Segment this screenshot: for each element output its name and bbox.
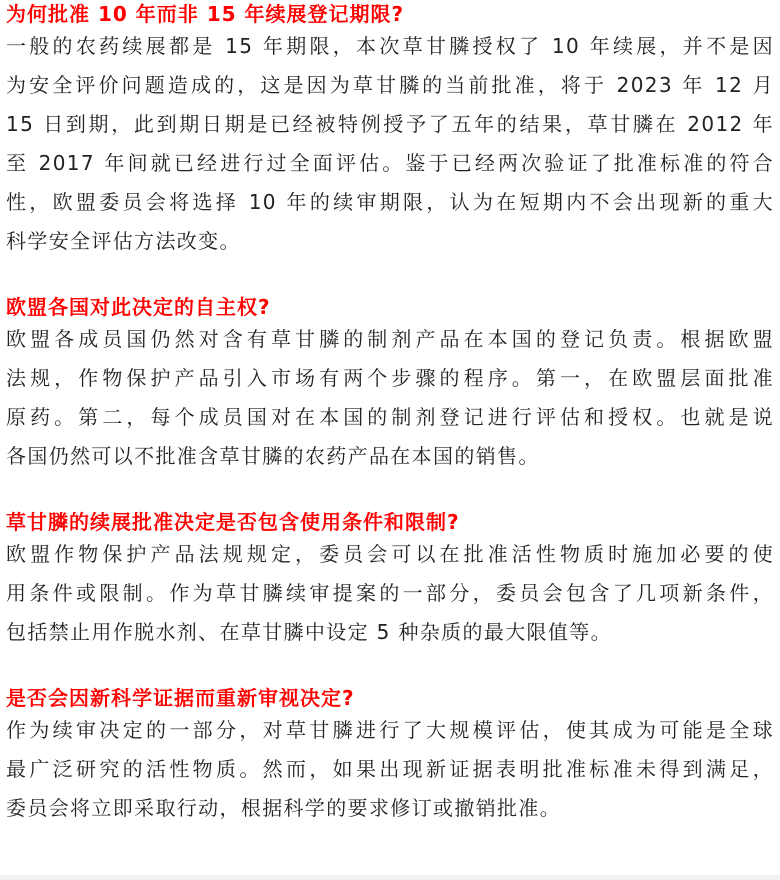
section-paragraph: 欧盟各成员国仍然对含有草甘膦的制剂产品在本国的登记负责。根据欧盟 法规，作物保护… <box>6 320 774 476</box>
section-gap <box>6 652 774 684</box>
bottom-divider <box>0 875 780 880</box>
section-paragraph: 一般的农药续展都是 15 年期限，本次草甘膦授权了 10 年续展，并不是因 为安… <box>6 27 774 261</box>
section-renewal-period: 为何批准 10 年而非 15 年续展登记期限? 一般的农药续展都是 15 年期限… <box>6 0 774 261</box>
paragraph-line: 欧盟作物保护产品法规规定，委员会可以在批准活性物质时施加必要的使 <box>6 535 774 574</box>
section-paragraph: 欧盟作物保护产品法规规定，委员会可以在批准活性物质时施加必要的使 用条件或限制。… <box>6 535 774 652</box>
section-paragraph: 作为续审决定的一部分，对草甘膦进行了大规模评估，使其成为可能是全球 最广泛研究的… <box>6 711 774 828</box>
paragraph-line: 作为续审决定的一部分，对草甘膦进行了大规模评估，使其成为可能是全球 <box>6 711 774 750</box>
paragraph-line: 法规，作物保护产品引入市场有两个步骤的程序。第一，在欧盟层面批准 <box>6 359 774 398</box>
section-heading: 草甘膦的续展批准决定是否包含使用条件和限制? <box>6 508 774 535</box>
section-heading: 是否会因新科学证据而重新审视决定? <box>6 684 774 711</box>
section-new-evidence-review: 是否会因新科学证据而重新审视决定? 作为续审决定的一部分，对草甘膦进行了大规模评… <box>6 684 774 828</box>
section-heading: 欧盟各国对此决定的自主权? <box>6 293 774 320</box>
paragraph-line: 15 日到期，此到期日期是已经被特例授予了五年的结果，草甘膦在 2012 年 <box>6 105 774 144</box>
article: 为何批准 10 年而非 15 年续展登记期限? 一般的农药续展都是 15 年期限… <box>0 0 780 828</box>
paragraph-line: 委员会将立即采取行动，根据科学的要求修订或撤销批准。 <box>6 789 774 828</box>
paragraph-line: 原药。第二，每个成员国对在本国的制剂登记进行评估和授权。也就是说 <box>6 398 774 437</box>
section-gap <box>6 261 774 293</box>
section-gap <box>6 476 774 508</box>
section-conditions-restrictions: 草甘膦的续展批准决定是否包含使用条件和限制? 欧盟作物保护产品法规规定，委员会可… <box>6 508 774 652</box>
paragraph-line: 欧盟各成员国仍然对含有草甘膦的制剂产品在本国的登记负责。根据欧盟 <box>6 320 774 359</box>
paragraph-line: 包括禁止用作脱水剂、在草甘膦中设定 5 种杂质的最大限值等。 <box>6 613 774 652</box>
paragraph-line: 为安全评价问题造成的，这是因为草甘膦的当前批准，将于 2023 年 12 月 <box>6 66 774 105</box>
paragraph-line: 性，欧盟委员会将选择 10 年的续审期限，认为在短期内不会出现新的重大 <box>6 183 774 222</box>
paragraph-line: 科学安全评估方法改变。 <box>6 222 774 261</box>
paragraph-line: 各国仍然可以不批准含草甘膦的农药产品在本国的销售。 <box>6 437 774 476</box>
paragraph-line: 用条件或限制。作为草甘膦续审提案的一部分，委员会包含了几项新条件， <box>6 574 774 613</box>
paragraph-line: 最广泛研究的活性物质。然而，如果出现新证据表明批准标准未得到满足， <box>6 750 774 789</box>
section-member-state-autonomy: 欧盟各国对此决定的自主权? 欧盟各成员国仍然对含有草甘膦的制剂产品在本国的登记负… <box>6 293 774 476</box>
section-heading: 为何批准 10 年而非 15 年续展登记期限? <box>6 0 774 27</box>
paragraph-line: 一般的农药续展都是 15 年期限，本次草甘膦授权了 10 年续展，并不是因 <box>6 27 774 66</box>
paragraph-line: 至 2017 年间就已经进行过全面评估。鉴于已经两次验证了批准标准的符合 <box>6 144 774 183</box>
